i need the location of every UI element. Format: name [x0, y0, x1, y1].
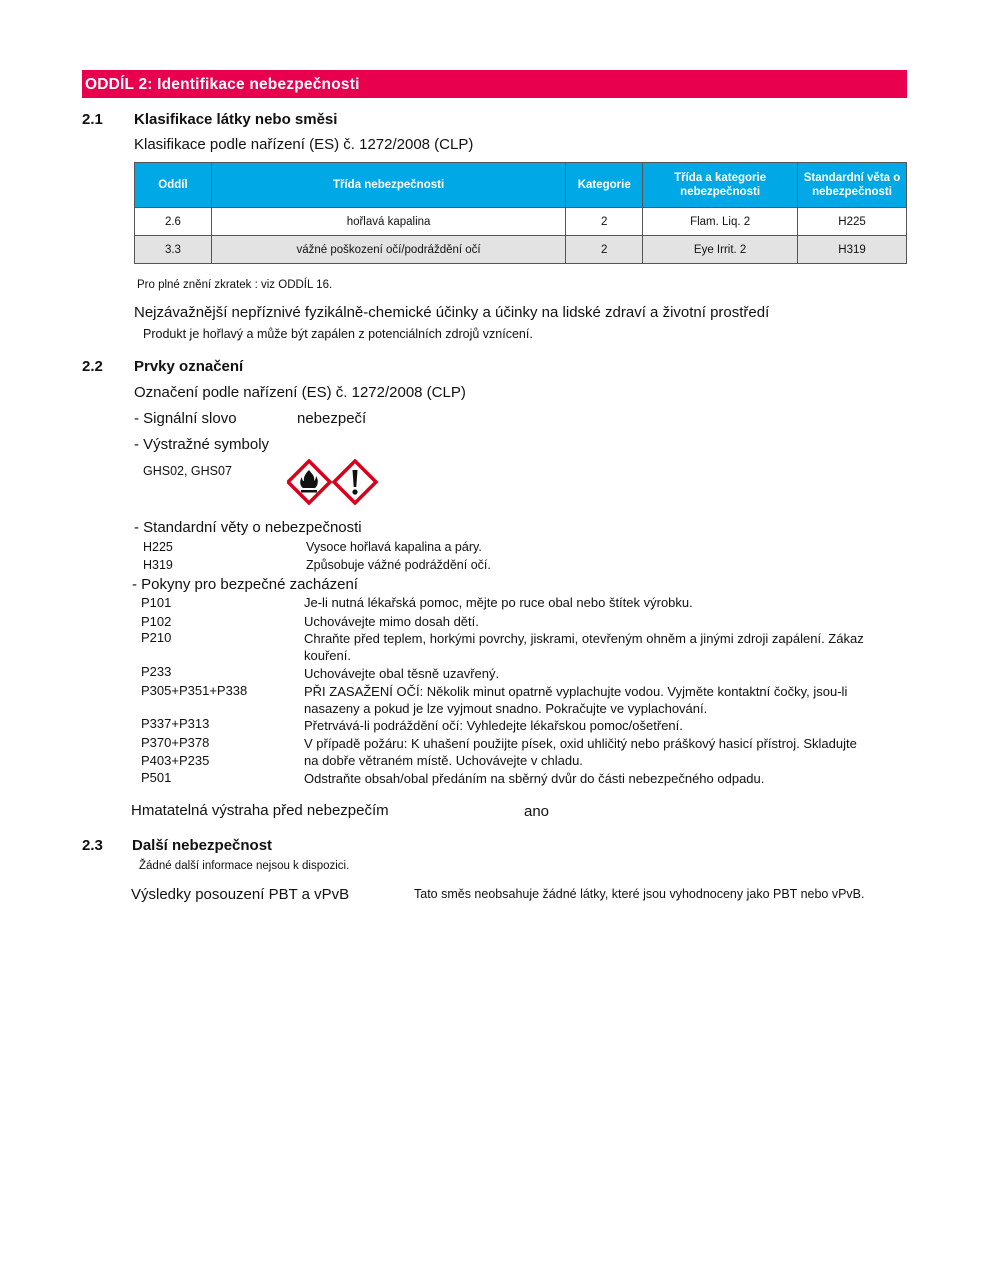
header-kategorie: Kategorie	[566, 163, 643, 208]
classification-table: Oddíl Třída nebezpečnosti Kategorie Tříd…	[134, 162, 907, 264]
precaution-text: Uchovávejte mimo dosah dětí.	[304, 613, 894, 630]
section-title-2-3: Další nebezpečnost	[132, 837, 272, 854]
other-hazards-text: Žádné další informace nejsou k dispozici…	[139, 860, 349, 872]
precaution-text: PŘI ZASAŽENÍ OČÍ: Několik minut opatrně …	[304, 683, 894, 717]
precaution-code: P233	[141, 664, 171, 679]
hazard-statements-label: - Standardní věty o nebezpečnosti	[134, 519, 362, 536]
precaution-text: Přetrvává-li podráždění očí: Vyhledejte …	[304, 717, 894, 734]
classification-subtitle: Klasifikace podle nařízení (ES) č. 1272/…	[134, 136, 473, 153]
labelling-subtitle: Označení podle nařízení (ES) č. 1272/200…	[134, 384, 466, 401]
symbols-label: - Výstražné symboly	[134, 436, 269, 453]
signal-word-value: nebezpečí	[297, 410, 366, 427]
tactile-warning-value: ano	[524, 803, 549, 820]
precaution-code: P337+P313	[141, 716, 209, 731]
abbreviation-note: Pro plné znění zkratek : viz ODDÍL 16.	[137, 279, 332, 291]
section-title-2-1: Klasifikace látky nebo směsi	[134, 111, 337, 128]
section-title-2-2: Prvky označení	[134, 358, 243, 375]
cell-standardni-veta: H319	[798, 236, 907, 264]
precaution-code: P501	[141, 770, 171, 785]
precaution-code: P210	[141, 630, 171, 645]
section-header-bar: ODDÍL 2: Identifikace nebezpečnosti	[82, 70, 907, 98]
hazard-code: H225	[143, 540, 173, 554]
section-number-2-3: 2.3	[82, 837, 103, 854]
pbt-label: Výsledky posouzení PBT a vPvB	[131, 886, 349, 903]
section-number-2-2: 2.2	[82, 358, 103, 375]
table-row: 3.3 vážné poškození očí/podráždění očí 2…	[135, 236, 907, 264]
hazard-code: H319	[143, 558, 173, 572]
precaution-text: Odstraňte obsah/obal předáním na sběrný …	[304, 770, 894, 787]
precaution-code: P101	[141, 595, 171, 610]
hazard-text: Způsobuje vážné podráždění očí.	[306, 558, 491, 572]
precaution-code: P403+P235	[141, 753, 209, 768]
effects-text: Produkt je hořlavý a může být zapálen z …	[143, 327, 533, 341]
header-standardni-veta: Standardní věta o nebezpečnosti	[798, 163, 907, 208]
cell-kategorie: 2	[566, 208, 643, 236]
precaution-code: P102	[141, 614, 171, 629]
precaution-text: Je-li nutná lékařská pomoc, mějte po ruc…	[304, 594, 894, 611]
pbt-value: Tato směs neobsahuje žádné látky, které …	[414, 887, 865, 901]
header-oddil: Oddíl	[135, 163, 212, 208]
precaution-code: P305+P351+P338	[141, 683, 247, 698]
cell-trida: vážné poškození očí/podráždění očí	[211, 236, 565, 264]
cell-oddil: 2.6	[135, 208, 212, 236]
precaution-text: Uchovávejte obal těsně uzavřený.	[304, 665, 894, 682]
cell-trida-kategorie: Eye Irrit. 2	[643, 236, 798, 264]
cell-trida-kategorie: Flam. Liq. 2	[643, 208, 798, 236]
precautionary-statements-label: - Pokyny pro bezpečné zacházení	[132, 576, 358, 593]
symbols-codes: GHS02, GHS07	[143, 464, 232, 478]
section-number-2-1: 2.1	[82, 111, 103, 128]
effects-title: Nejzávažnější nepříznivé fyzikálně-chemi…	[134, 304, 769, 321]
header-trida-kategorie: Třída a kategorie nebezpečnosti	[643, 163, 798, 208]
signal-word-label: - Signální slovo	[134, 410, 237, 427]
ghs-pictograms	[287, 459, 379, 505]
precaution-code: P370+P378	[141, 735, 209, 750]
cell-trida: hořlavá kapalina	[211, 208, 565, 236]
precaution-text: V případě požáru: K uhašení použijte pís…	[304, 735, 894, 752]
table-header-row: Oddíl Třída nebezpečnosti Kategorie Tříd…	[135, 163, 907, 208]
cell-oddil: 3.3	[135, 236, 212, 264]
cell-standardni-veta: H225	[798, 208, 907, 236]
tactile-warning-label: Hmatatelná výstraha před nebezpečím	[131, 802, 389, 819]
hazard-text: Vysoce hořlavá kapalina a páry.	[306, 540, 482, 554]
header-trida: Třída nebezpečnosti	[211, 163, 565, 208]
table-row: 2.6 hořlavá kapalina 2 Flam. Liq. 2 H225	[135, 208, 907, 236]
precaution-text: na dobře větraném místě. Uchovávejte v c…	[304, 752, 894, 769]
flame-pictogram-icon	[287, 459, 379, 505]
cell-kategorie: 2	[566, 236, 643, 264]
precaution-text: Chraňte před teplem, horkými povrchy, ji…	[304, 630, 894, 664]
